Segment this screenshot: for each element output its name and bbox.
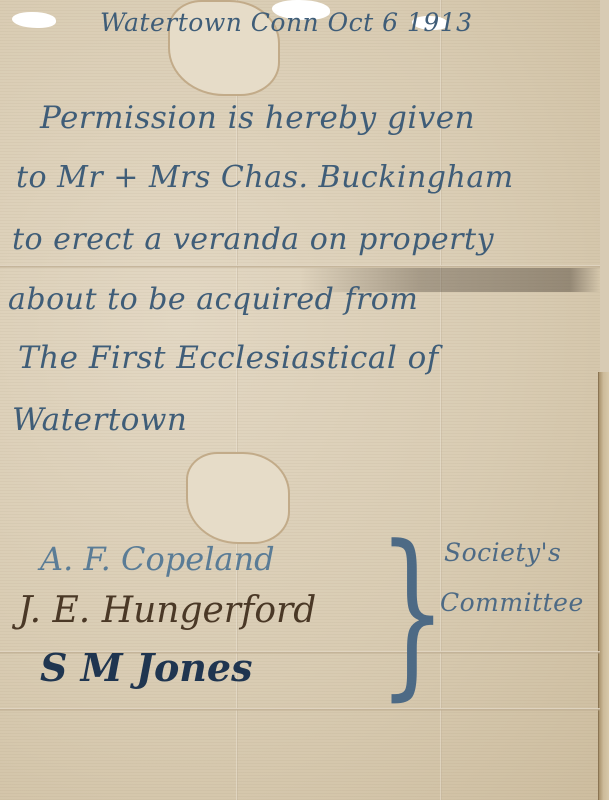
underlying-sheet-edge: [598, 372, 609, 800]
body-line-2: to Mr + Mrs Chas. Buckingham: [16, 160, 514, 195]
body-line-4: about to be acquired from: [8, 282, 418, 317]
signature-copeland: A. F. Copeland: [40, 540, 275, 578]
brace-label-committee: Committee: [440, 588, 584, 617]
body-line-5: The First Ecclesiastical of: [18, 340, 439, 376]
body-line-3: to erect a veranda on property: [12, 222, 494, 257]
signature-jones: S M Jones: [40, 645, 253, 690]
brace-bracket: }: [378, 528, 402, 698]
body-line-1: Permission is hereby given: [40, 100, 475, 136]
signature-hungerford: J. E. Hungerford: [18, 590, 316, 631]
body-line-6: Watertown: [12, 402, 187, 438]
horizontal-fold: [0, 708, 600, 711]
brace-label-society: Society's: [444, 538, 561, 567]
water-stain: [186, 452, 290, 544]
dateline: Watertown Conn Oct 6 1913: [100, 8, 473, 37]
